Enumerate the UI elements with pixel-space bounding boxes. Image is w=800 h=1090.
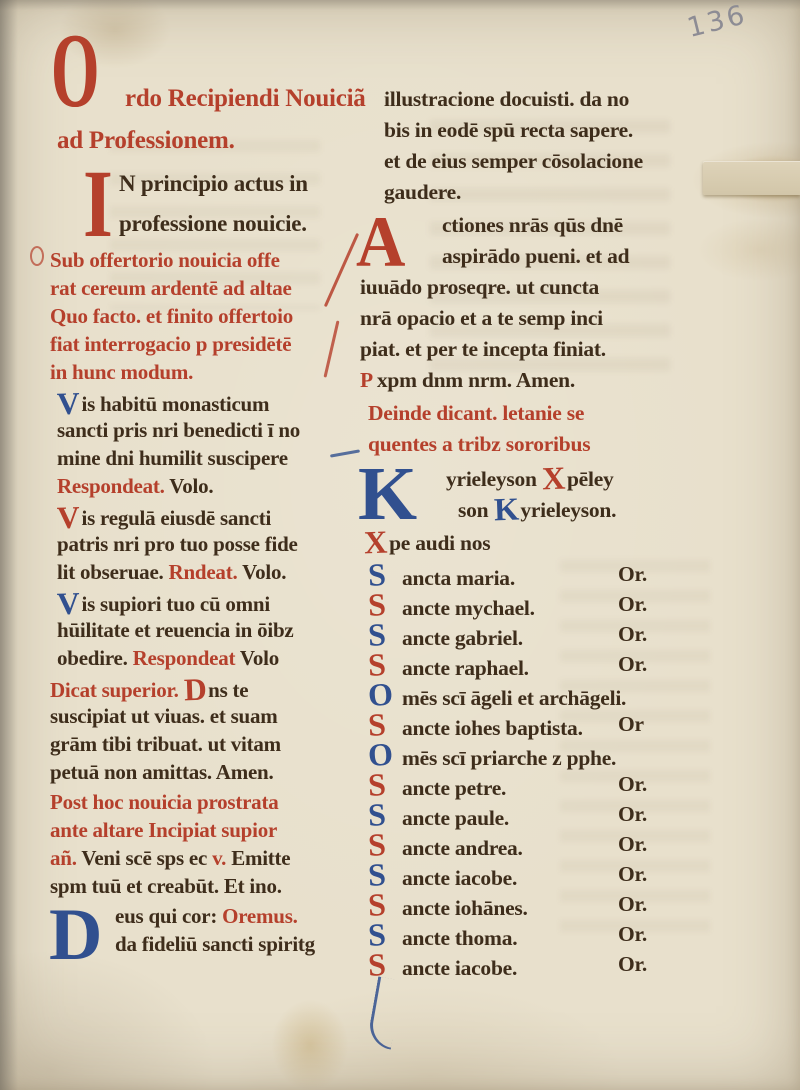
saint-name: ancte andrea. (402, 836, 523, 860)
text-line: professione nouicie. (57, 204, 357, 244)
text-run: N principio actus in (119, 171, 308, 196)
text-run: professione nouicie. (119, 211, 307, 236)
litany-response: Or. (618, 589, 647, 619)
post-hoc-rubric-block: Post hoc nouicia prostrataante altare In… (50, 788, 357, 900)
text-run: Volo. (242, 560, 286, 584)
litany-block: Sancta maria.Or.Sancte mychael.Or.Sancte… (368, 559, 715, 979)
text-run: in hunc modum. (50, 360, 193, 384)
text-run: rdo Recipiendi Nouiciã (125, 85, 366, 112)
saint-name: ancte paule. (402, 806, 509, 830)
kyrie-block: Kyrieleyson Xpēleyson Kyrieleyson. (360, 462, 715, 524)
text-run: is habitū monasticum (82, 392, 270, 416)
in-principio-block: IN principio actus inprofessione nouicie… (57, 164, 357, 244)
text-run: is regulā eiusdē sancti (82, 506, 272, 530)
text-run: Quo facto. et finito offertoio (50, 304, 293, 328)
text-line: bis in eodē spū recta sapere. (384, 115, 715, 146)
text-run: Dicat superior. (50, 678, 184, 702)
text-run: V (56, 588, 80, 620)
text-line: Deinde dicant. letanie se (368, 398, 715, 429)
litany-row: Omēs scī āgeli et archāgeli. (368, 679, 715, 709)
text-run: Rndeat. (169, 560, 243, 584)
text-line: gaudere. (384, 177, 715, 208)
text-run: sancti pris nri benedicti ī no (57, 418, 300, 442)
text-run: eus qui cor: (115, 904, 222, 928)
text-run: Post hoc nouicia prostrata (50, 790, 278, 814)
vis-habitum-block: Vis habitū monasticumsancti pris nri ben… (57, 388, 357, 500)
text-run: gaudere. (384, 180, 461, 204)
text-run: K (493, 493, 519, 526)
text-line: ante altare Incipiat supior (50, 816, 357, 844)
litany-row: Sancte iacobe.Or. (368, 949, 715, 979)
litany-row: Sancte andrea.Or. (368, 829, 715, 859)
text-line: obedire. Respondeat Volo (57, 644, 357, 672)
saint-name: ancte iacobe. (402, 956, 517, 980)
litany-initial: S (367, 618, 403, 650)
litany-initial: S (367, 858, 403, 890)
saint-name: ancte iacobe. (402, 866, 517, 890)
text-run: yrieleyson (446, 467, 542, 491)
deinde-rubric-block: Deinde dicant. letanie sequentes a tribz… (368, 398, 715, 460)
text-run: lit obseruae. (57, 560, 169, 584)
text-run: ns te (208, 678, 248, 702)
text-line: rdo Recipiendi Nouiciã (57, 78, 357, 120)
text-run: grām tibi tribuat. ut vitam (50, 732, 281, 756)
saint-name: ancta maria. (402, 566, 515, 590)
text-lines: N principio actus inprofessione nouicie. (57, 164, 357, 244)
text-line: Xpe audi nos (364, 526, 715, 557)
text-line: nrā opacio et a te semp inci (360, 303, 715, 334)
page-left-edge-shadow (0, 0, 18, 1090)
litany-row: Sancte paule.Or. (368, 799, 715, 829)
text-lines: Vis supiori tuo cū omnihūilitate et reue… (57, 588, 357, 672)
text-line: yrieleyson Xpēley (360, 462, 715, 493)
text-run: hūilitate et reuencia in ōibz (57, 618, 293, 642)
text-line: patris nri pro tuo posse fide (57, 530, 357, 558)
text-line: grām tibi tribuat. ut vitam (50, 730, 357, 758)
litany-initial: S (367, 888, 403, 920)
christe-audi-block: Xpe audi nos (364, 526, 715, 557)
text-line: rat cereum ardentē ad altae (50, 274, 357, 302)
text-run: petuā non amittas. Amen. (50, 760, 274, 784)
text-run: Deinde dicant. letanie se (368, 401, 584, 425)
text-run: suscipiat ut viuas. et suam (50, 704, 277, 728)
litany-initial: S (367, 588, 403, 620)
text-run: X (541, 462, 565, 495)
litany-initial: S (367, 948, 403, 980)
text-run: V (56, 502, 80, 534)
litany-row: Sancte iohānes.Or. (368, 889, 715, 919)
text-run: da fideliū sancti spiritg (115, 932, 315, 956)
text-line: Vis supiori tuo cū omni (57, 588, 357, 616)
text-run: Volo. (169, 474, 213, 498)
text-lines: Deinde dicant. letanie sequentes a tribz… (368, 398, 715, 460)
saint-name: mēs scī priarche z pphe. (402, 746, 616, 770)
penwork-blue-tail (366, 976, 403, 1049)
manuscript-page: 136 Ordo Recipiendi Nouiciãad Profession… (0, 0, 800, 1090)
text-line: petuā non amittas. Amen. (50, 758, 357, 786)
text-run: yrieleyson. (520, 498, 616, 522)
litany-row: Sancte mychael.Or. (368, 589, 715, 619)
text-run: Oremus. (222, 904, 298, 928)
litany-row: Sancte raphael.Or. (368, 649, 715, 679)
text-run: Respondeat. (57, 474, 169, 498)
saint-name: ancte petre. (402, 776, 506, 800)
text-line: Dicat superior. Dns te (50, 674, 357, 702)
ordo-heading-block: Ordo Recipiendi Nouiciãad Professionem. (57, 44, 357, 162)
text-lines: Dicat superior. Dns tesuscipiat ut viuas… (50, 674, 357, 786)
text-line: da fideliū sancti spiritg (57, 930, 357, 958)
illustracione-block: illustracione docuisti. da nobis in eodē… (384, 84, 715, 208)
text-line: piat. et per te incepta finiat. (360, 334, 715, 365)
right-text-column: illustracione docuisti. da nobis in eodē… (360, 84, 715, 981)
text-run: añ. (50, 846, 81, 870)
actiones-block: Actiones nrās qūs dnēaspirādo pueni. et … (360, 210, 715, 396)
text-line: añ. Veni scē sps ec v. Emitte (50, 844, 357, 872)
text-line: ctiones nrās qūs dnē (360, 210, 715, 241)
text-run: D (183, 674, 207, 706)
text-line: et de eius semper cōsolacione (384, 146, 715, 177)
text-run: Sub offertorio nouicia offe (50, 248, 280, 272)
text-line: mine dni humilit suscipere (57, 444, 357, 472)
text-lines: illustracione docuisti. da nobis in eodē… (384, 84, 715, 208)
text-line: aspirādo pueni. et ad (360, 241, 715, 272)
litany-initial: O (367, 738, 403, 770)
text-line: Sub offertorio nouicia offe (50, 246, 357, 274)
page-top-edge-shadow (0, 0, 800, 10)
litany-initial: S (367, 558, 403, 590)
text-run: is supiori tuo cū omni (82, 592, 270, 616)
text-run: bis in eodē spū recta sapere. (384, 118, 633, 142)
deus-qui-block: Deus qui cor: Oremus.da fideliū sancti s… (57, 902, 357, 958)
litany-row: Sancte iohes baptista.Or (368, 709, 715, 739)
saint-name: mēs scī āgeli et archāgeli. (402, 686, 626, 710)
text-run: ante altare Incipiat supior (50, 818, 277, 842)
text-lines: eus qui cor: Oremus.da fideliū sancti sp… (57, 902, 357, 958)
text-lines: yrieleyson Xpēleyson Kyrieleyson. (360, 462, 715, 524)
litany-row: Sancte gabriel.Or. (368, 619, 715, 649)
text-line: Quo facto. et finito offertoio (50, 302, 357, 330)
text-line: quentes a tribz sororibus (368, 429, 715, 460)
text-run: obedire. (57, 646, 133, 670)
saint-name: ancte raphael. (402, 656, 529, 680)
sub-offertorio-rubric-block: Sub offertorio nouicia offerat cereum ar… (50, 246, 357, 386)
litany-response: Or. (618, 649, 647, 679)
litany-row: Sancte thoma.Or. (368, 919, 715, 949)
text-run: piat. et per te incepta finiat. (360, 337, 606, 361)
text-line: fiat interrogacio p presidētē (50, 330, 357, 358)
saint-name: ancte iohes baptista. (402, 716, 583, 740)
text-run: et de eius semper cōsolacione (384, 149, 643, 173)
litany-response: Or. (618, 799, 647, 829)
litany-initial: S (367, 918, 403, 950)
litany-response: Or. (618, 619, 647, 649)
text-run: Veni scē sps ec (81, 846, 212, 870)
text-run: P (360, 368, 377, 392)
litany-initial: S (367, 798, 403, 830)
litany-row: Sancte iacobe.Or. (368, 859, 715, 889)
fore-edge-tab (703, 161, 800, 195)
text-line: lit obseruae. Rndeat. Volo. (57, 558, 357, 586)
litany-response: Or. (618, 919, 647, 949)
text-run: V (56, 388, 80, 420)
text-run: v. (212, 846, 231, 870)
text-run: Emitte (231, 846, 290, 870)
litany-response: Or. (618, 559, 647, 589)
text-line: N principio actus in (57, 164, 357, 204)
litany-response: Or. (618, 829, 647, 859)
text-run: aspirādo pueni. et ad (442, 244, 629, 268)
text-line: Vis habitū monasticum (57, 388, 357, 416)
left-text-column: Ordo Recipiendi Nouiciãad Professionem.I… (57, 44, 357, 960)
text-line: illustracione docuisti. da no (384, 84, 715, 115)
litany-row: Sancte petre.Or. (368, 769, 715, 799)
litany-initial: O (367, 678, 403, 710)
text-run: iuuādo proseqre. ut cuncta (360, 275, 599, 299)
text-line: sancti pris nri benedicti ī no (57, 416, 357, 444)
litany-row: Omēs scī priarche z pphe. (368, 739, 715, 769)
text-lines: Sancta maria.Or.Sancte mychael.Or.Sancte… (368, 559, 715, 979)
text-line: iuuādo proseqre. ut cuncta (360, 272, 715, 303)
text-lines: ctiones nrās qūs dnēaspirādo pueni. et a… (360, 210, 715, 396)
dicat-superior-block: Dicat superior. Dns tesuscipiat ut viuas… (50, 674, 357, 786)
text-line: in hunc modum. (50, 358, 357, 386)
text-lines: Vis habitū monasticumsancti pris nri ben… (57, 388, 357, 500)
text-run: pe audi nos (389, 531, 490, 555)
litany-response: Or. (618, 949, 647, 979)
text-run: Respondeat (133, 646, 240, 670)
litany-response: Or (618, 709, 644, 739)
saint-name: ancte thoma. (402, 926, 517, 950)
text-line: son Kyrieleyson. (360, 493, 715, 524)
saint-name: ancte mychael. (402, 596, 535, 620)
text-line: Respondeat. Volo. (57, 472, 357, 500)
litany-initial: S (367, 768, 403, 800)
text-run: ctiones nrās qūs dnē (442, 213, 623, 237)
text-run: Volo (240, 646, 279, 670)
text-line: hūilitate et reuencia in ōibz (57, 616, 357, 644)
text-line: eus qui cor: Oremus. (57, 902, 357, 930)
text-run: pēley (567, 467, 614, 491)
text-line: P xpm dnm nrm. Amen. (360, 365, 715, 396)
vis-regulam-block: Vis regulā eiusdē sanctipatris nri pro t… (57, 502, 357, 586)
text-run: xpm dnm nrm. Amen. (377, 368, 575, 392)
text-lines: Post hoc nouicia prostrataante altare In… (50, 788, 357, 900)
litany-row: Sancta maria.Or. (368, 559, 715, 589)
text-line: Vis regulā eiusdē sancti (57, 502, 357, 530)
litany-response: Or. (618, 889, 647, 919)
saint-name: ancte iohānes. (402, 896, 528, 920)
litany-response: Or. (618, 859, 647, 889)
litany-initial: S (367, 828, 403, 860)
saint-name: ancte gabriel. (402, 626, 523, 650)
text-lines: Sub offertorio nouicia offerat cereum ar… (50, 246, 357, 386)
text-run: illustracione docuisti. da no (384, 87, 629, 111)
text-run: X (363, 526, 387, 559)
text-lines: Vis regulā eiusdē sanctipatris nri pro t… (57, 502, 357, 586)
text-run: fiat interrogacio p presidētē (50, 332, 291, 356)
text-run: mine dni humilit suscipere (57, 446, 288, 470)
penwork-red-curl (30, 246, 44, 266)
text-run: rat cereum ardentē ad altae (50, 276, 292, 300)
vis-superiori-block: Vis supiori tuo cū omnihūilitate et reue… (57, 588, 357, 672)
text-lines: Xpe audi nos (364, 526, 715, 557)
text-run: nrā opacio et a te semp inci (360, 306, 603, 330)
text-run: son (458, 498, 494, 522)
text-line: Post hoc nouicia prostrata (50, 788, 357, 816)
text-run: patris nri pro tuo posse fide (57, 532, 298, 556)
litany-response: Or. (618, 769, 647, 799)
